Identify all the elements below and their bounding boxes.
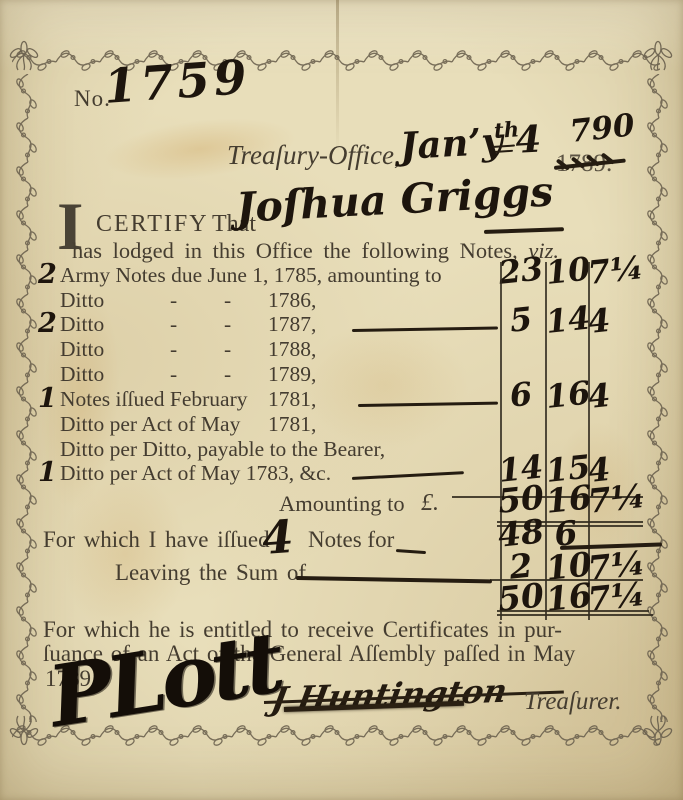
table-row: Ditto - - 1788, (0, 337, 683, 363)
amount-pence: 4 (586, 294, 676, 341)
treasury-certificate-document: No. 1759 Treaſury-Office, Jan’y 4 th 790… (0, 0, 683, 800)
ink-dash (396, 549, 426, 554)
row-label: Notes iſſued February (60, 387, 248, 412)
corner-fleur-icon (8, 712, 42, 746)
amount-shillings: 14 (544, 299, 588, 341)
corner-fleur-icon (8, 40, 42, 74)
corner-fleur-icon (640, 40, 674, 74)
issued-prefix: For which I have iſſued (43, 527, 270, 553)
payee-name: Joſhua Griggs (235, 167, 555, 232)
amount-shillings: 10 (544, 250, 588, 292)
row-year: 1787, (268, 312, 316, 337)
ink-dash (296, 576, 492, 583)
certificate-number: 1759 (102, 50, 252, 115)
table-row: 1 Notes iſſued February 1781, 6 16 4 (0, 387, 683, 413)
issued-suffix: Notes for (308, 527, 394, 553)
row-dash: - (170, 337, 177, 362)
ink-dash (484, 227, 564, 234)
treasurer-title: Treaſurer. (524, 688, 621, 716)
handwritten-date: Jan’y 4 (399, 117, 542, 168)
row-year: 1788, (268, 337, 316, 362)
pound-sign: £. (421, 490, 439, 517)
amount-pence: 7¼ (586, 245, 676, 292)
row-dash: - (170, 362, 177, 387)
date-superscript: th (493, 116, 520, 143)
row-label: Ditto (60, 362, 104, 387)
row-year: 1781, (268, 412, 316, 437)
row-year: 1786, (268, 288, 316, 313)
row-label: Ditto (60, 288, 104, 313)
amounting-label: Amounting to (279, 491, 405, 517)
office-title: Treaſury-Office, (227, 140, 401, 171)
amount-shillings: 16 (544, 374, 588, 416)
row-qty: 1 (38, 383, 57, 414)
row-label: Ditto per Act of May 1783, &c. (60, 461, 331, 486)
issued-note-count: 4 (260, 510, 295, 565)
row-label: Ditto (60, 312, 104, 337)
row-qty: 2 (38, 308, 57, 339)
row-dash: - (224, 362, 231, 387)
row-label: Ditto per Ditto, payable to the Bearer, (60, 437, 385, 462)
row-year: 1781, (268, 387, 316, 412)
row-dash: - (224, 288, 231, 313)
amount-pounds: 23 (496, 249, 546, 292)
certify-word: CERTIFY (96, 211, 209, 238)
amount-pounds: 5 (496, 298, 546, 341)
amount-pounds: 6 (496, 373, 546, 416)
row-label: Army Notes due June 1, 1785, amounting t… (60, 263, 442, 288)
lodged-line: has lodged in this Office the following … (72, 238, 518, 263)
row-dash: - (224, 337, 231, 362)
checktotal-pounds: 50 (496, 575, 546, 619)
row-dash: - (170, 288, 177, 313)
checktotal-shillings: 16 (544, 576, 588, 619)
row-qty: 2 (38, 259, 57, 290)
amount-pence: 4 (586, 369, 676, 416)
table-row: 2 Army Notes due June 1, 1785, amounting… (0, 263, 683, 289)
row-qty: 1 (38, 457, 57, 488)
table-row: Ditto per Act of May 1781, (0, 412, 683, 438)
row-year: 1789, (268, 362, 316, 387)
fold-crease (336, 0, 339, 155)
row-label: Ditto (60, 337, 104, 362)
row-label: Ditto per Act of May (60, 412, 240, 437)
row-dash: - (170, 312, 177, 337)
row-dash: - (224, 312, 231, 337)
table-row: 2 Ditto - - 1787, 5 14 4 (0, 312, 683, 338)
handwritten-year: 790 (568, 107, 636, 150)
ink-showthrough (60, 470, 190, 640)
leaving-label: Leaving the Sum of (115, 560, 306, 586)
corner-fleur-icon (640, 712, 674, 746)
